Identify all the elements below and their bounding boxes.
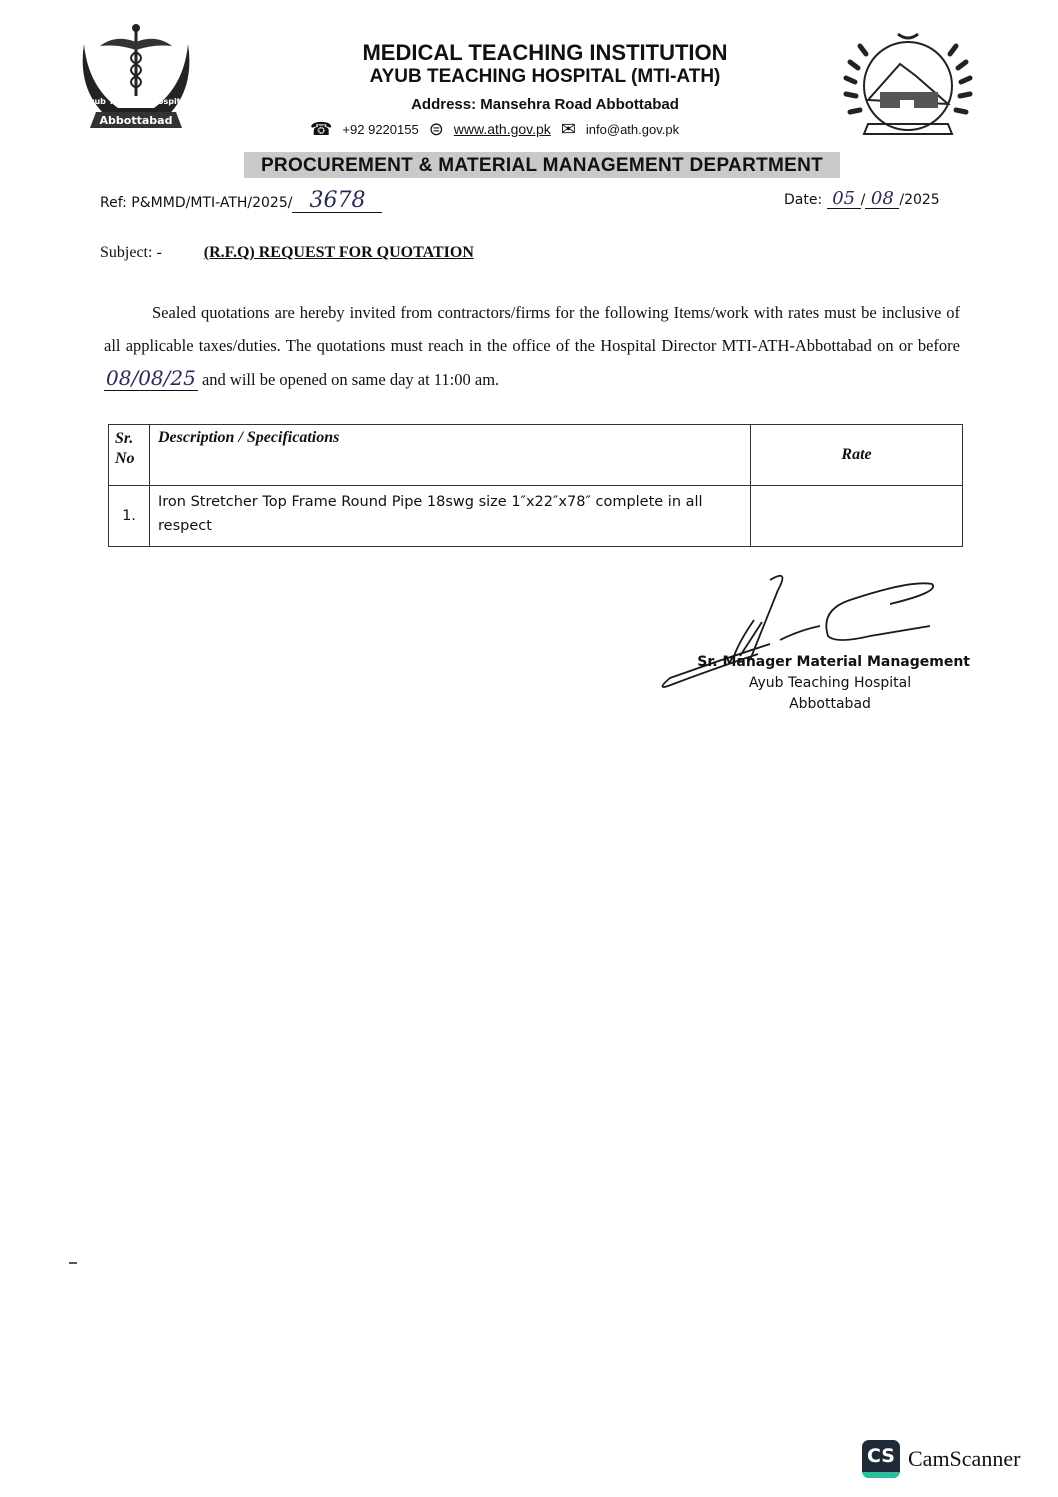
- phone-number: +92 9220155: [342, 122, 418, 137]
- document-date: Date: 05/08/2025: [784, 190, 940, 209]
- hospital-name: AYUB TEACHING HOSPITAL (MTI-ATH): [300, 66, 790, 88]
- signatory-org: Ayub Teaching Hospital: [690, 673, 970, 694]
- website-link[interactable]: www.ath.gov.pk: [454, 121, 551, 137]
- globe-www-icon: ⊜: [429, 120, 444, 138]
- scan-speck: [69, 1262, 77, 1264]
- date-year: /2025: [899, 192, 939, 208]
- caduceus-emblem-icon: Abbottabad Ayub Teaching Hospital: [66, 16, 206, 134]
- svg-text:Ayub Teaching Hospital: Ayub Teaching Hospital: [83, 97, 189, 106]
- date-month: 08: [865, 190, 899, 209]
- table-row: 1. Iron Stretcher Top Frame Round Pipe 1…: [109, 486, 963, 547]
- paragraph-text: Sealed quotations are hereby invited fro…: [104, 303, 960, 355]
- envelope-icon: ✉: [561, 120, 576, 138]
- signatory-city: Abbottabad: [690, 694, 970, 715]
- government-emblem: [838, 28, 978, 140]
- subject-line: Subject: - (R.F.Q) REQUEST FOR QUOTATION: [100, 244, 474, 262]
- invitation-paragraph: Sealed quotations are hereby invited fro…: [104, 296, 960, 396]
- ref-label: Ref: P&MMD/MTI-ATH/2025/: [100, 195, 292, 211]
- telephone-icon: ☎: [310, 120, 332, 138]
- header-description: Description / Specifications: [150, 425, 751, 486]
- header-rate: Rate: [751, 425, 963, 486]
- camscanner-text: CamScanner: [908, 1446, 1020, 1472]
- date-label: Date:: [784, 192, 822, 208]
- mountain-fort-wreath-emblem-icon: [838, 28, 978, 140]
- camscanner-watermark: CS CamScanner: [862, 1440, 1020, 1478]
- cell-rate[interactable]: [751, 486, 963, 547]
- deadline-date: 08/08/25: [104, 366, 198, 391]
- signatory-block: Sr. Manager Material Management Ayub Tea…: [690, 652, 970, 715]
- subject-value: (R.F.Q) REQUEST FOR QUOTATION: [204, 244, 474, 261]
- reference-number: Ref: P&MMD/MTI-ATH/2025/3678: [100, 190, 382, 213]
- date-day: 05: [827, 190, 861, 209]
- svg-text:Abbottabad: Abbottabad: [100, 114, 173, 127]
- camscanner-logo-icon: CS: [862, 1440, 900, 1478]
- contact-row: ☎ +92 9220155 ⊜ www.ath.gov.pk ✉ info@at…: [310, 120, 679, 138]
- table-header-row: Sr. No Description / Specifications Rate: [109, 425, 963, 486]
- hospital-logo: Abbottabad Ayub Teaching Hospital: [66, 16, 206, 134]
- cell-description: Iron Stretcher Top Frame Round Pipe 18sw…: [150, 486, 751, 547]
- signatory-title: Sr. Manager Material Management: [690, 652, 970, 673]
- email-link[interactable]: info@ath.gov.pk: [586, 122, 679, 137]
- institution-name: MEDICAL TEACHING INSTITUTION: [300, 40, 790, 66]
- items-table: Sr. No Description / Specifications Rate…: [108, 424, 963, 547]
- cell-sr-no: 1.: [109, 486, 150, 547]
- address: Address: Mansehra Road Abbottabad: [300, 96, 790, 113]
- paragraph-text-end: and will be opened on same day at 11:00 …: [198, 370, 499, 389]
- department-banner: PROCUREMENT & MATERIAL MANAGEMENT DEPART…: [244, 152, 840, 178]
- subject-label: Subject: -: [100, 244, 162, 261]
- header-sr-no: Sr. No: [109, 425, 150, 486]
- ref-handwritten-number: 3678: [292, 190, 382, 213]
